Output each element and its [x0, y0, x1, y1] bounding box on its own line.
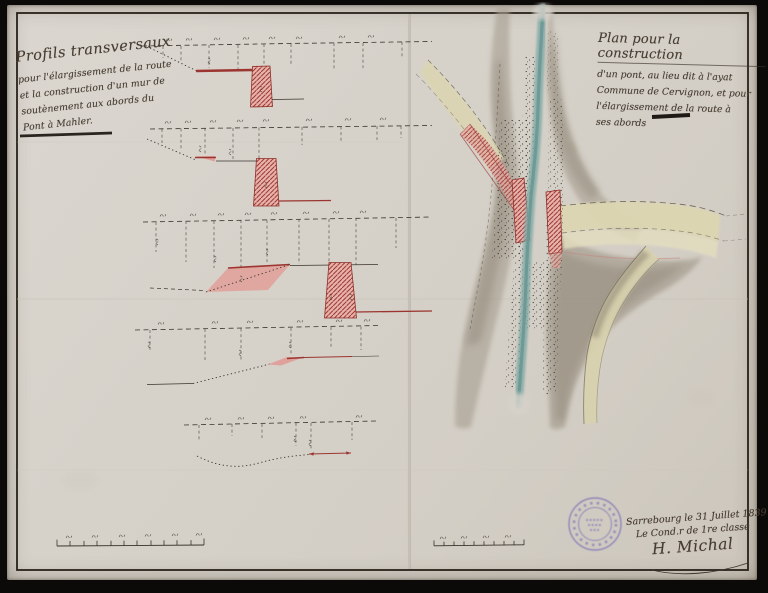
right-scale-bar: [434, 535, 524, 546]
cross-section-profiles: [135, 35, 432, 466]
right-title-bar: [652, 115, 690, 117]
profile-5: [184, 415, 376, 466]
left-scale-bar: [57, 533, 204, 546]
archival-plan-photo: Profils transversaux pour l'élargissemen…: [0, 0, 768, 593]
plan-drawing: [0, 0, 768, 593]
profile-1: [142, 35, 432, 107]
signature-flourish: [652, 563, 748, 574]
profile-2: [147, 118, 432, 206]
south-east-bank-wash: [546, 232, 702, 429]
left-title-underline: [20, 133, 112, 136]
site-map: [416, 4, 746, 429]
profile-3: [143, 211, 432, 318]
profile-4: [135, 319, 380, 384]
vertical-fold-line: [409, 14, 411, 569]
archive-stamp: [569, 498, 621, 550]
